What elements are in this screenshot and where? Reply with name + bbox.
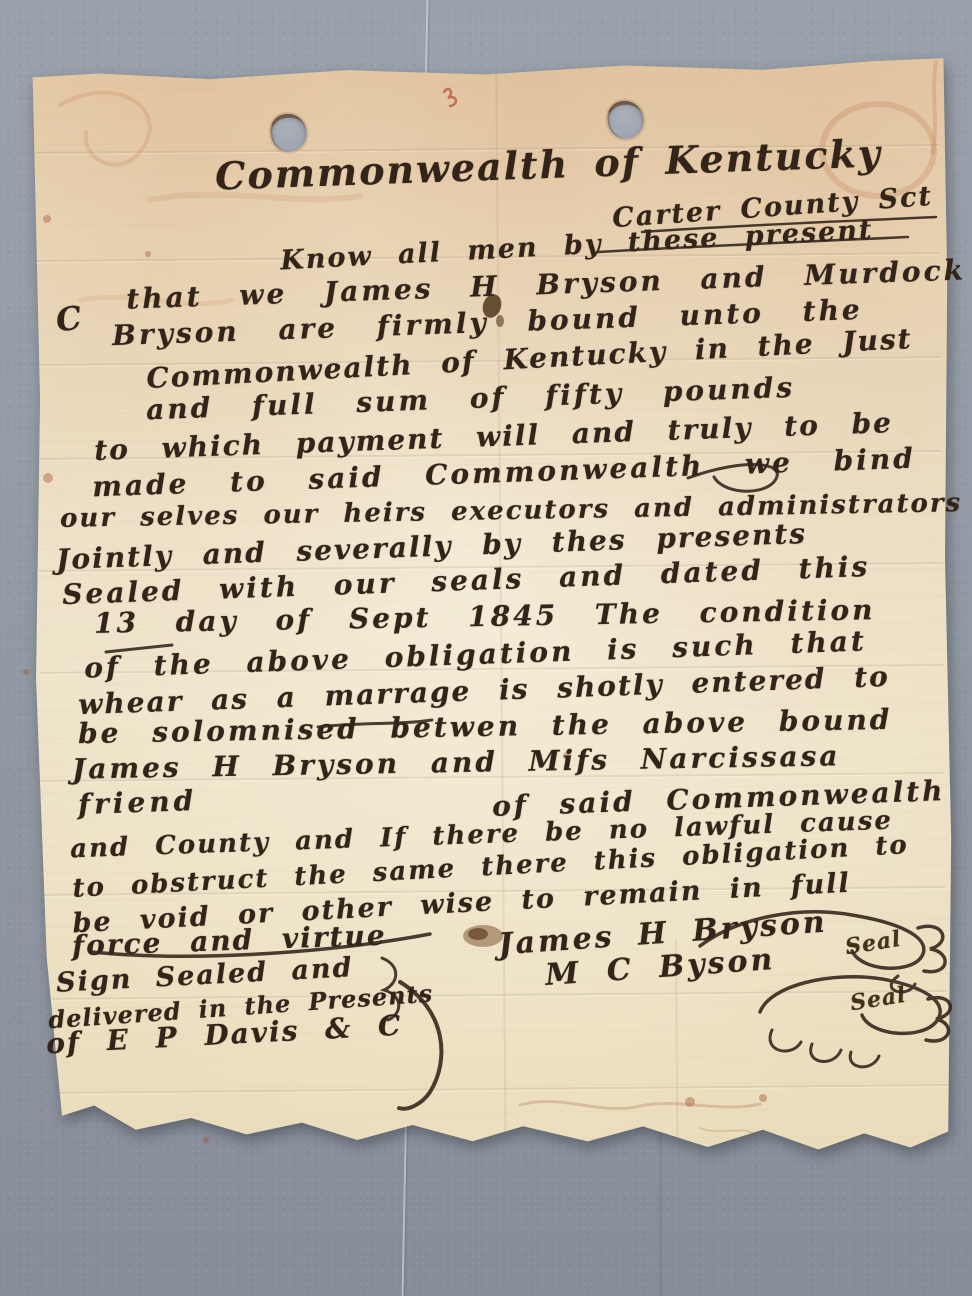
photo-of-document: Commonwealth of KentuckyCarter County Sc…	[0, 0, 972, 1296]
fold-line	[43, 1084, 947, 1094]
text-body-line: friend	[77, 784, 197, 821]
text-margin-note: C	[53, 298, 84, 339]
punch-hole-left	[271, 114, 307, 152]
punch-hole-rim	[603, 97, 647, 143]
punch-hole-right	[607, 101, 643, 139]
